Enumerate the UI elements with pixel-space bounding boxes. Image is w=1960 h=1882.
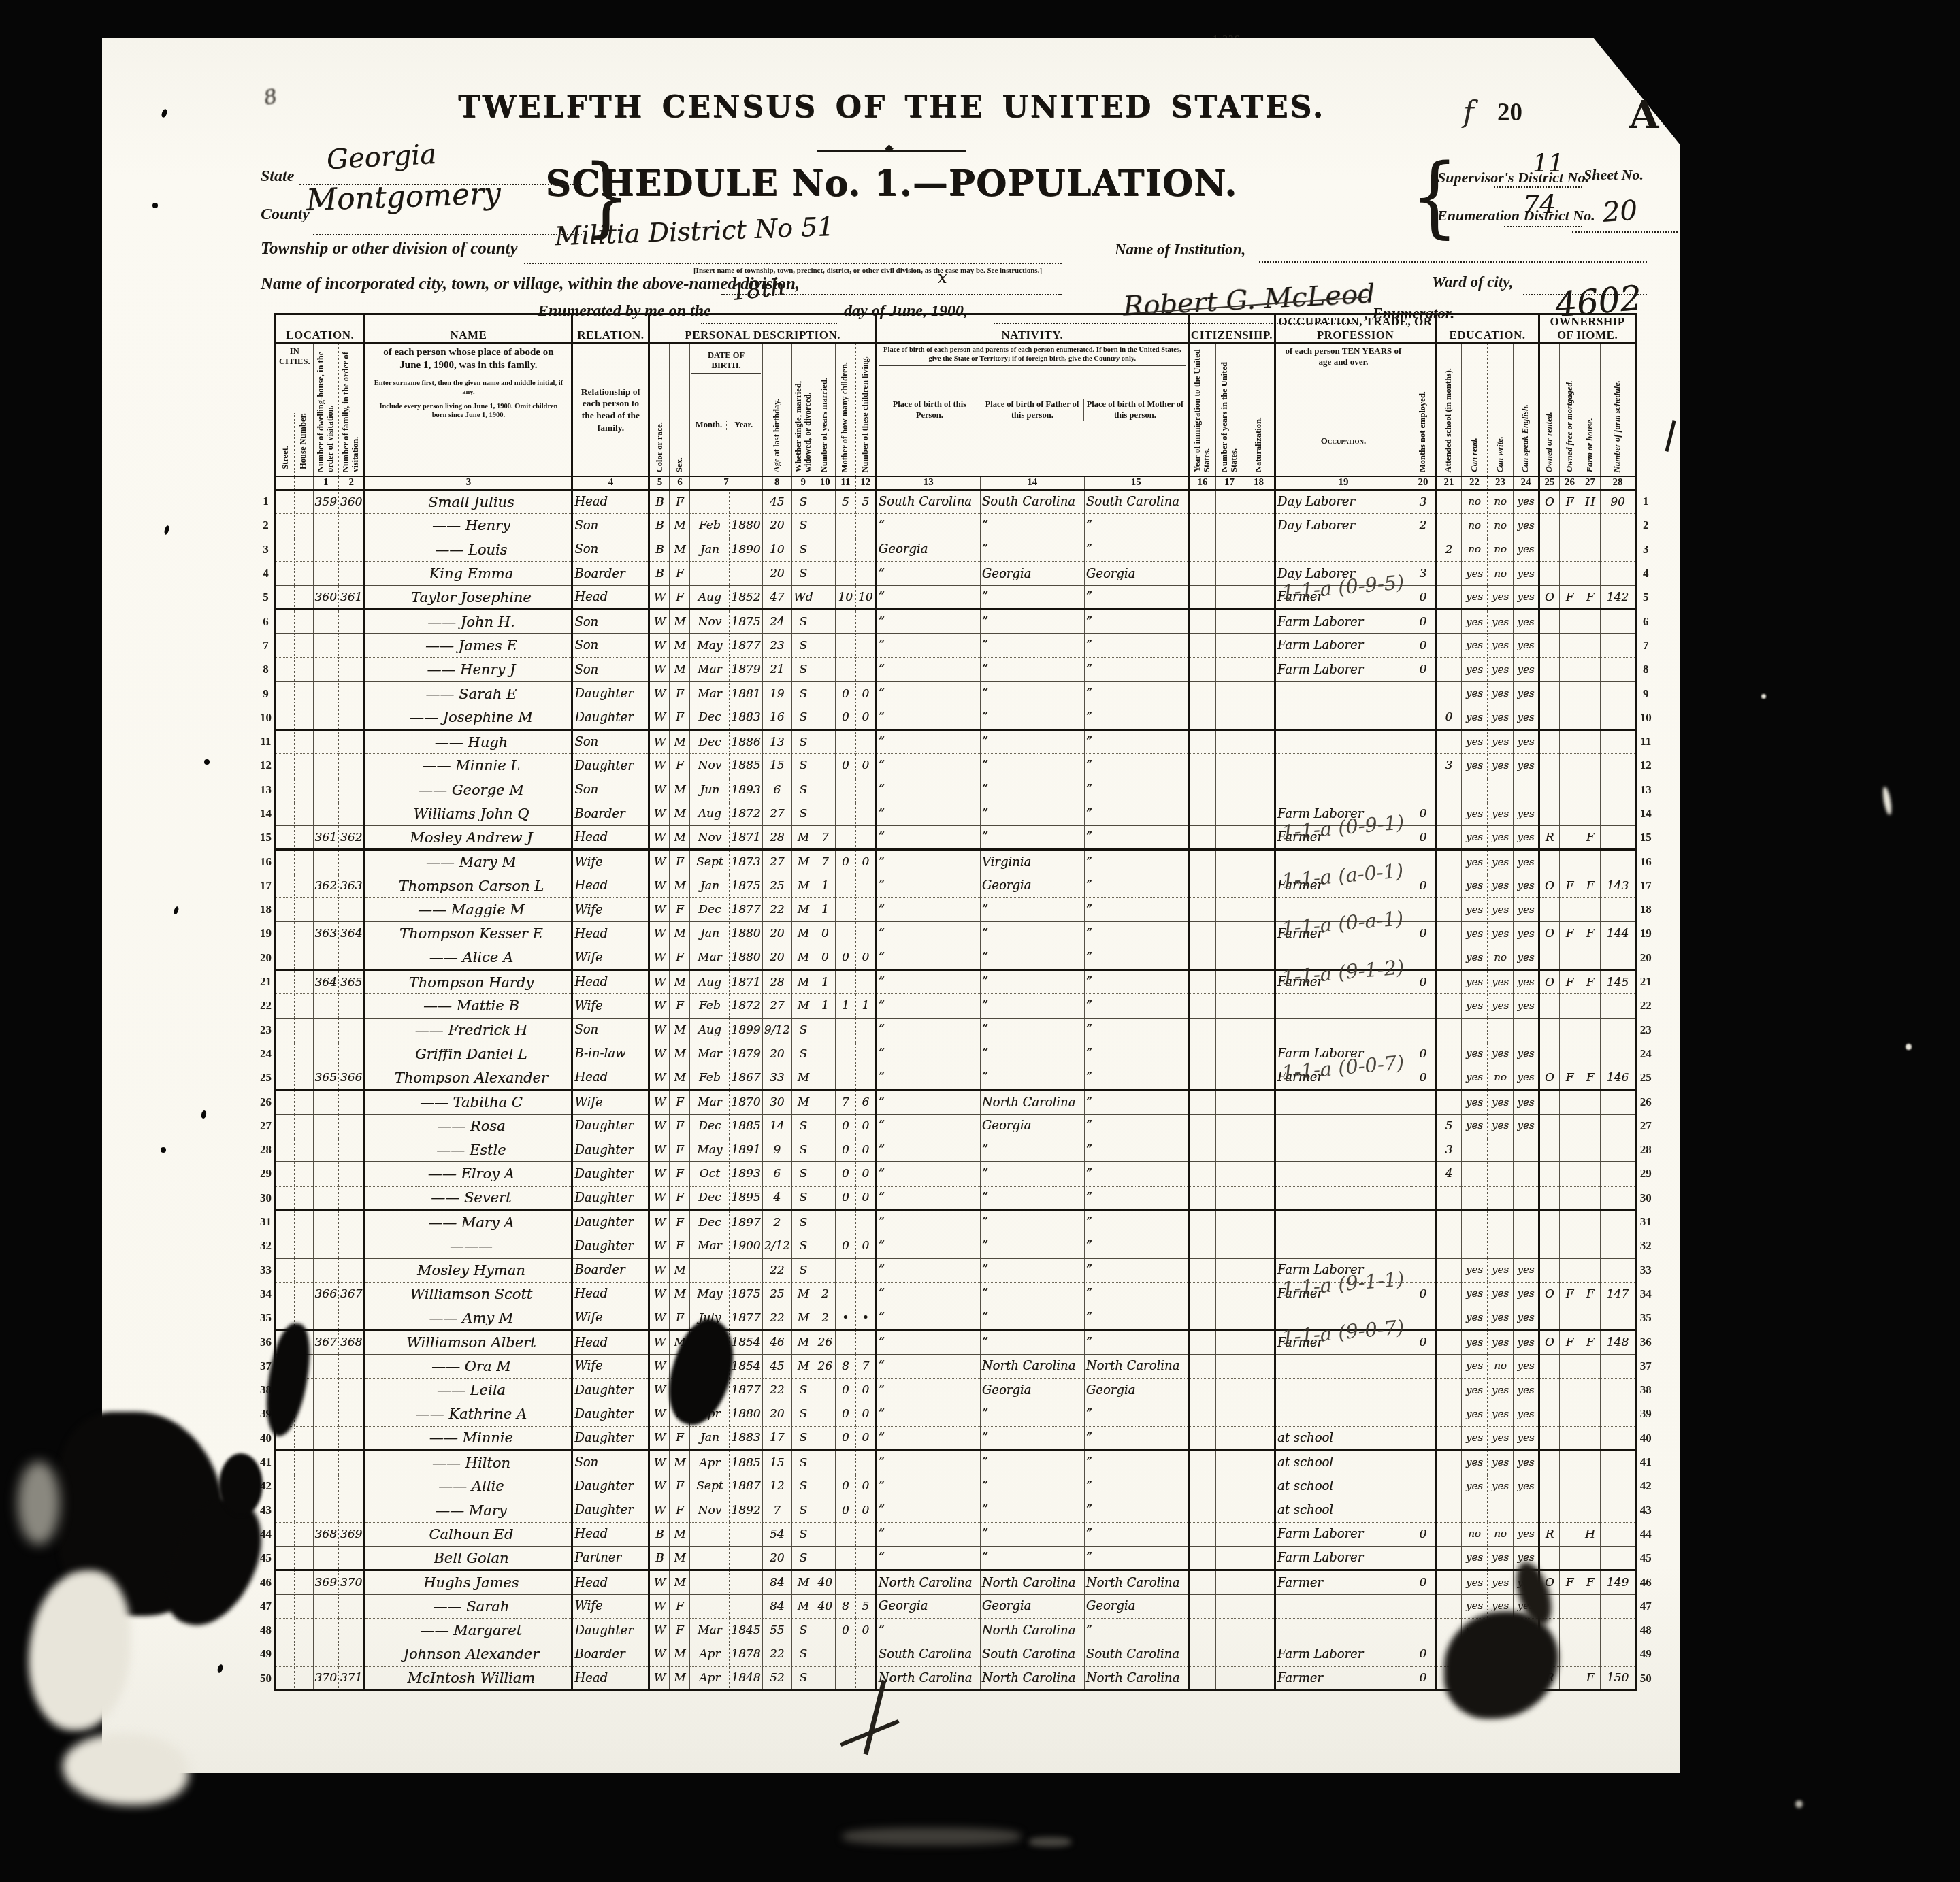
cell-marital: S	[791, 610, 815, 633]
cell-children-living	[855, 826, 876, 850]
table-row: 19363364Thompson Kesser EHeadWMJan188020…	[257, 922, 1655, 946]
cell-owned-rented	[1539, 1186, 1560, 1210]
cell-house	[294, 610, 313, 633]
county-line	[313, 234, 582, 235]
cell-occupation: Farmer1-1-a (a-0-1)	[1275, 874, 1411, 897]
cell-year: 1895	[730, 1186, 762, 1210]
cell-can-speak-english: yes	[1514, 538, 1539, 561]
cell-year	[730, 1547, 762, 1570]
cell-name: —— Severt	[365, 1186, 572, 1210]
cell-family	[338, 1186, 364, 1210]
cell-marital: S	[791, 1450, 815, 1474]
cell-mother-of: 8	[835, 1354, 855, 1378]
cell-mother-of	[835, 874, 855, 897]
cell-immigration	[1188, 1042, 1215, 1066]
cell-months-not-employed	[1411, 1306, 1436, 1330]
table-row: 45Bell GolanPartnerBM20S”””Farm Laborery…	[257, 1547, 1655, 1570]
column-number: 8	[762, 476, 791, 490]
cell-year: 1848	[730, 1666, 762, 1690]
cell-occupation	[1275, 1234, 1411, 1258]
header-can-read: Can read.	[1462, 343, 1488, 476]
cell-years-married	[815, 1522, 835, 1546]
cell-marital: S	[791, 1042, 815, 1066]
cell-year	[730, 1570, 762, 1594]
cell-farm-house	[1580, 1378, 1601, 1402]
line-number-left: 15	[257, 826, 276, 850]
cell-name: —— Sarah E	[365, 682, 572, 706]
cell-house	[294, 1234, 313, 1258]
cell-owned-rented: O	[1539, 874, 1560, 897]
cell-family	[338, 729, 364, 753]
cell-name: —— Ora M	[365, 1354, 572, 1378]
cell-occupation	[1275, 1210, 1411, 1234]
cell-pob: ”	[876, 1330, 980, 1354]
cell-can-speak-english: yes	[1514, 633, 1539, 657]
line-number-right: 47	[1636, 1594, 1655, 1618]
cell-pob: ”	[876, 1114, 980, 1138]
cell-owned-free	[1560, 1186, 1580, 1210]
cell-can-read: no	[1462, 514, 1488, 538]
cell-pob: ”	[876, 1378, 980, 1402]
cell-name: Griffin Daniel L	[365, 1042, 572, 1066]
cell-months-not-employed	[1411, 1426, 1436, 1450]
cell-farm-house: F	[1580, 1666, 1601, 1690]
cell-occupation	[1275, 538, 1411, 561]
cell-pob-father: ”	[980, 826, 1084, 850]
cell-marital: Wd	[791, 586, 815, 610]
cell-can-speak-english: yes	[1514, 706, 1539, 729]
cell-pob-mother: ”	[1084, 1474, 1188, 1498]
cell-street	[276, 561, 295, 585]
cell-color: W	[649, 1210, 670, 1234]
cell-owned-free	[1560, 1306, 1580, 1330]
cell-can-read: yes	[1462, 754, 1488, 778]
cell-years-in-us	[1216, 729, 1243, 753]
cell-owned-free	[1560, 538, 1580, 561]
cell-occupation: Farm Laborer	[1275, 633, 1411, 657]
header-mother-of: Mother of how many children.	[835, 343, 855, 476]
cell-children-living	[855, 1042, 876, 1066]
cell-dwelling	[313, 994, 338, 1018]
cell-naturalization	[1243, 1210, 1275, 1234]
cell-immigration	[1188, 1138, 1215, 1162]
cell-house	[294, 1042, 313, 1066]
cell-name: —— Mary A	[365, 1210, 572, 1234]
cell-relation: Daughter	[572, 1234, 649, 1258]
cell-mother-of: 0	[835, 1138, 855, 1162]
cell-farm-schedule	[1601, 1547, 1636, 1570]
cell-dwelling	[313, 1306, 338, 1330]
cell-color: W	[649, 778, 670, 802]
column-number: 4	[572, 476, 649, 490]
cell-farm-schedule: 142	[1601, 586, 1636, 610]
cell-house	[294, 1066, 313, 1090]
cell-farm-house	[1580, 1138, 1601, 1162]
page-title: TWELFTH CENSUS OF THE UNITED STATES.	[361, 90, 1422, 125]
cell-attended-school	[1436, 1066, 1462, 1090]
cell-immigration	[1188, 658, 1215, 682]
cell-house	[294, 1426, 313, 1450]
cell-children-living	[855, 970, 876, 993]
cell-months-not-employed: 0	[1411, 970, 1436, 993]
cell-relation: Son	[572, 1018, 649, 1042]
header-years-in-us: Number of years in the United States.	[1216, 343, 1243, 476]
column-number: 26	[1560, 476, 1580, 490]
cell-pob-father: ”	[980, 1234, 1084, 1258]
cell-months-not-employed: 3	[1411, 490, 1436, 514]
cell-family: 360	[338, 490, 364, 514]
cell-children-living	[855, 1330, 876, 1354]
header-owned-rented: Owned or rented.	[1539, 343, 1560, 476]
cell-occupation: Farm Laborer	[1275, 1522, 1411, 1546]
cell-occupation	[1275, 1354, 1411, 1378]
cell-occupation: Farmer1-1-a (0-9-1)	[1275, 826, 1411, 850]
table-row: 11—— HughSonWMDec188613S”””yesyesyes11	[257, 729, 1655, 753]
cell-farm-house	[1580, 754, 1601, 778]
line-number-right: 2	[1636, 514, 1655, 538]
cell-pob-mother: ”	[1084, 586, 1188, 610]
cell-name: —— Alice A	[365, 946, 572, 970]
cell-pob-mother: South Carolina	[1084, 1642, 1188, 1666]
cell-can-read: yes	[1462, 850, 1488, 874]
line-number-right: 27	[1636, 1114, 1655, 1138]
cell-naturalization	[1243, 946, 1275, 970]
state-value: Georgia	[326, 139, 437, 176]
cell-pob-mother: ”	[1084, 1282, 1188, 1306]
cell-naturalization	[1243, 778, 1275, 802]
cell-owned-free	[1560, 754, 1580, 778]
line-number-right: 48	[1636, 1618, 1655, 1642]
cell-farm-house	[1580, 802, 1601, 825]
cell-pob-mother: ”	[1084, 1306, 1188, 1330]
cell-months-not-employed: 0	[1411, 658, 1436, 682]
cell-can-read: yes	[1462, 1042, 1488, 1066]
cell-owned-free	[1560, 1138, 1580, 1162]
line-number-left: 18	[257, 898, 276, 922]
cell-year: 1873	[730, 850, 762, 874]
cell-age: 27	[762, 994, 791, 1018]
cell-attended-school	[1436, 490, 1462, 514]
cell-can-write	[1488, 1210, 1514, 1234]
cell-pob: ”	[876, 586, 980, 610]
cell-can-write: yes	[1488, 850, 1514, 874]
cell-years-married	[815, 1547, 835, 1570]
cell-attended-school	[1436, 1402, 1462, 1426]
cell-year: 1881	[730, 682, 762, 706]
cell-pob-father: ”	[980, 1282, 1084, 1306]
cell-children-living: 0	[855, 850, 876, 874]
cell-farm-house	[1580, 682, 1601, 706]
cell-relation: Head	[572, 490, 649, 514]
cell-farm-house: F	[1580, 1330, 1601, 1354]
cell-can-read: yes	[1462, 1378, 1488, 1402]
cell-children-living: •	[855, 1306, 876, 1330]
cell-years-in-us	[1216, 1042, 1243, 1066]
cell-street	[276, 826, 295, 850]
cell-farm-house	[1580, 850, 1601, 874]
cell-naturalization	[1243, 970, 1275, 993]
census-page: TWELFTH CENSUS OF THE UNITED STATES. f 2…	[102, 38, 1680, 1773]
cell-occupation: Farmer1-1-a (9-1-2)	[1275, 970, 1411, 993]
cell-age: 22	[762, 1378, 791, 1402]
cell-owned-free	[1560, 946, 1580, 970]
table-row: 30—— SevertDaughterWFDec18954S00”””30	[257, 1186, 1655, 1210]
cell-children-living	[855, 802, 876, 825]
cell-house	[294, 1594, 313, 1618]
cell-can-write: yes	[1488, 729, 1514, 753]
cell-age: 15	[762, 754, 791, 778]
line-number-left: 12	[257, 754, 276, 778]
cell-relation: Head	[572, 970, 649, 993]
cell-owned-rented	[1539, 1474, 1560, 1498]
line-number-left: 46	[257, 1570, 276, 1594]
cell-marital: S	[791, 633, 815, 657]
cell-year: 1879	[730, 658, 762, 682]
cell-years-in-us	[1216, 1114, 1243, 1138]
cell-marital: S	[791, 1426, 815, 1450]
cell-months-not-employed: 0	[1411, 1282, 1436, 1306]
cell-years-in-us	[1216, 1258, 1243, 1282]
cell-children-living: 0	[855, 1402, 876, 1426]
line-number-right: 17	[1636, 874, 1655, 897]
cell-color: W	[649, 1402, 670, 1426]
column-block-title: LOCATION.	[276, 314, 365, 344]
cell-name: —— Josephine M	[365, 706, 572, 729]
cell-owned-free	[1560, 1474, 1580, 1498]
cell-months-not-employed	[1411, 1547, 1436, 1570]
cell-attended-school	[1436, 994, 1462, 1018]
cell-owned-free	[1560, 633, 1580, 657]
cell-farm-schedule	[1601, 1042, 1636, 1066]
cell-pob-mother: ”	[1084, 826, 1188, 850]
line-number-right: 11	[1636, 729, 1655, 753]
cell-dwelling	[313, 706, 338, 729]
cell-months-not-employed	[1411, 1354, 1436, 1378]
film-speck-1	[1881, 786, 1893, 815]
cell-relation: Head	[572, 1330, 649, 1354]
line-number-left: 31	[257, 1210, 276, 1234]
cell-relation: Boarder	[572, 802, 649, 825]
cell-year: 1897	[730, 1210, 762, 1234]
cell-year: 1871	[730, 826, 762, 850]
cell-farm-schedule	[1601, 1426, 1636, 1450]
cell-month: Feb	[690, 1066, 730, 1090]
line-number-right: 18	[1636, 898, 1655, 922]
cell-attended-school	[1436, 1547, 1462, 1570]
cell-relation: Daughter	[572, 1498, 649, 1522]
cell-owned-free	[1560, 802, 1580, 825]
cell-age: 22	[762, 1306, 791, 1330]
cell-relation: Head	[572, 586, 649, 610]
cell-year: 1854	[730, 1330, 762, 1354]
cell-can-read: yes	[1462, 610, 1488, 633]
cell-children-living: 0	[855, 1474, 876, 1498]
cell-pob-father: North Carolina	[980, 1090, 1084, 1114]
cell-family	[338, 754, 364, 778]
cell-marital: S	[791, 754, 815, 778]
cell-pob: ”	[876, 970, 980, 993]
cell-years-in-us	[1216, 586, 1243, 610]
cell-pob: ”	[876, 1090, 980, 1114]
county-value: Montgomery	[306, 176, 501, 218]
cell-sex: F	[670, 946, 690, 970]
line-number-left: 49	[257, 1642, 276, 1666]
cell-owned-rented	[1539, 1018, 1560, 1042]
cell-family	[338, 658, 364, 682]
cell-sex: F	[670, 1138, 690, 1162]
header-marital: Whether single, married, widowed, or div…	[791, 343, 815, 476]
cell-color: W	[649, 1594, 670, 1618]
cell-house	[294, 729, 313, 753]
cell-pob-mother: ”	[1084, 970, 1188, 993]
cell-years-married	[815, 610, 835, 633]
cell-occupation: Farmer1-1-a (0-0-7)	[1275, 1066, 1411, 1090]
cell-name: —— Tabitha C	[365, 1090, 572, 1114]
header-name: of each person whose place of abode on J…	[365, 343, 572, 476]
cell-marital: M	[791, 1066, 815, 1090]
cell-years-in-us	[1216, 994, 1243, 1018]
cell-pob-mother: Georgia	[1084, 1594, 1188, 1618]
cell-house	[294, 1138, 313, 1162]
cell-mother-of	[835, 538, 855, 561]
cell-name: —— Allie	[365, 1474, 572, 1498]
cell-farm-house: F	[1580, 1570, 1601, 1594]
cell-naturalization	[1243, 1258, 1275, 1282]
cell-occupation: Farmer1-1-a (9-0-7)	[1275, 1330, 1411, 1354]
cell-owned-free	[1560, 1402, 1580, 1426]
cell-dwelling: 359	[313, 490, 338, 514]
cell-house	[294, 1114, 313, 1138]
cell-mother-of	[835, 1042, 855, 1066]
cell-relation: Head	[572, 1282, 649, 1306]
cell-can-write: yes	[1488, 1114, 1514, 1138]
cell-years-in-us	[1216, 1426, 1243, 1450]
cell-family	[338, 1354, 364, 1378]
cell-relation: Daughter	[572, 754, 649, 778]
cell-attended-school	[1436, 1378, 1462, 1402]
cell-relation: Daughter	[572, 706, 649, 729]
cell-can-speak-english: yes	[1514, 1090, 1539, 1114]
cell-month: Sept	[690, 1474, 730, 1498]
cell-naturalization	[1243, 1282, 1275, 1306]
cell-name: —— Minnie L	[365, 754, 572, 778]
cell-attended-school	[1436, 922, 1462, 946]
line-number-right: 15	[1636, 826, 1655, 850]
cell-dwelling	[313, 1186, 338, 1210]
line-number-right: 3	[1636, 538, 1655, 561]
cell-pob-father: ”	[980, 538, 1084, 561]
cell-pob-father: South Carolina	[980, 490, 1084, 514]
column-number: 7	[690, 476, 762, 490]
line-number-right: 44	[1636, 1522, 1655, 1546]
cell-naturalization	[1243, 874, 1275, 897]
line-number-left: 21	[257, 970, 276, 993]
column-number: 21	[1436, 476, 1462, 490]
cell-naturalization	[1243, 1666, 1275, 1690]
cell-year: 1886	[730, 729, 762, 753]
cell-pob: ”	[876, 1162, 980, 1186]
cell-family	[338, 561, 364, 585]
film-background: 1-226 TWELFTH CENSUS OF THE UNITED STATE…	[0, 0, 1960, 1882]
cell-month: Mar	[690, 1042, 730, 1066]
cell-farm-house	[1580, 1402, 1601, 1426]
cell-naturalization	[1243, 1018, 1275, 1042]
cell-sex: F	[670, 1090, 690, 1114]
cell-sex: M	[670, 1522, 690, 1546]
cell-dwelling	[313, 1210, 338, 1234]
cell-owned-rented	[1539, 729, 1560, 753]
cell-family	[338, 1210, 364, 1234]
cell-pob-father: ”	[980, 1402, 1084, 1426]
cell-farm-schedule	[1601, 1306, 1636, 1330]
line-number-left: 28	[257, 1138, 276, 1162]
cell-pob-father: ”	[980, 898, 1084, 922]
cell-mother-of: 0	[835, 1402, 855, 1426]
cell-relation: Daughter	[572, 1210, 649, 1234]
cell-occupation	[1275, 1114, 1411, 1138]
cell-can-write: yes	[1488, 682, 1514, 706]
cell-month: May	[690, 1138, 730, 1162]
cell-family	[338, 1138, 364, 1162]
cell-pob: ”	[876, 1042, 980, 1066]
line-number-right: 26	[1636, 1090, 1655, 1114]
cell-farm-schedule	[1601, 1258, 1636, 1282]
cell-immigration	[1188, 1306, 1215, 1330]
cell-pob: ”	[876, 1498, 980, 1522]
cell-owned-rented	[1539, 946, 1560, 970]
cell-years-in-us	[1216, 1642, 1243, 1666]
cell-marital: S	[791, 706, 815, 729]
cell-sex: F	[670, 1234, 690, 1258]
cell-pob-father: ”	[980, 706, 1084, 729]
cell-children-living	[855, 1547, 876, 1570]
cell-name: McIntosh William	[365, 1666, 572, 1690]
cell-can-write	[1488, 1018, 1514, 1042]
cell-owned-free	[1560, 1450, 1580, 1474]
cell-pob-mother: ”	[1084, 1547, 1188, 1570]
column-block-title: NATIVITY.	[876, 314, 1188, 344]
pen-speck-8	[216, 1664, 223, 1673]
line-number-right: 9	[1636, 682, 1655, 706]
cell-year: 1845	[730, 1618, 762, 1642]
cell-can-read: yes	[1462, 1114, 1488, 1138]
cell-attended-school	[1436, 610, 1462, 633]
cell-children-living: 0	[855, 1186, 876, 1210]
cell-owned-rented	[1539, 658, 1560, 682]
line-number-right: 6	[1636, 610, 1655, 633]
cell-pob-mother: ”	[1084, 1234, 1188, 1258]
cell-can-read	[1462, 778, 1488, 802]
cell-occupation	[1275, 1378, 1411, 1402]
cell-years-in-us	[1216, 802, 1243, 825]
cell-years-married: 40	[815, 1594, 835, 1618]
cell-age: 6	[762, 1162, 791, 1186]
cell-street	[276, 1162, 295, 1186]
cell-can-write: yes	[1488, 1450, 1514, 1474]
cell-years-in-us	[1216, 1090, 1243, 1114]
cell-occupation: Farm Laborer	[1275, 610, 1411, 633]
cell-years-married	[815, 754, 835, 778]
cell-can-speak-english	[1514, 1210, 1539, 1234]
cell-sex: M	[670, 1042, 690, 1066]
cell-farm-schedule	[1601, 538, 1636, 561]
cell-owned-rented: O	[1539, 490, 1560, 514]
cell-can-read: yes	[1462, 1258, 1488, 1282]
cell-months-not-employed	[1411, 682, 1436, 706]
cell-color: W	[649, 610, 670, 633]
cell-farm-house	[1580, 898, 1601, 922]
cell-street	[276, 1498, 295, 1522]
